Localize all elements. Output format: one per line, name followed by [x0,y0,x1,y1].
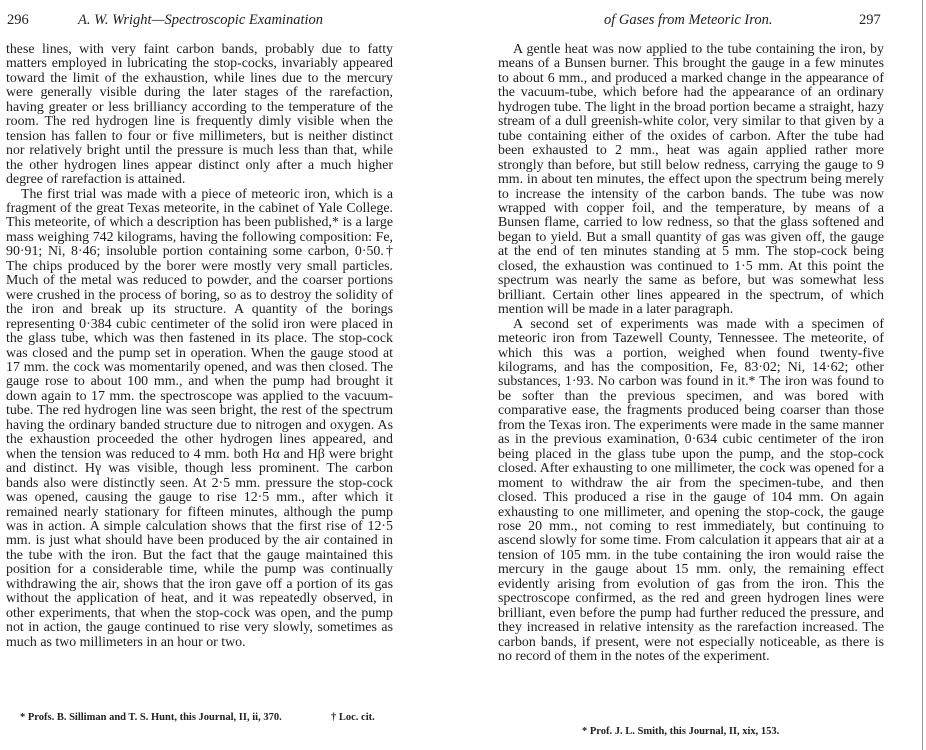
running-head: of Gases from Meteoric Iron. [604,12,772,29]
footnote: * Prof. J. L. Smith, this Journal, II, x… [582,726,779,737]
paragraph: A gentle heat was now applied to the tub… [498,43,884,318]
paragraph: these lines, with very faint carbon band… [6,43,393,188]
paragraph: A second set of experiments was made wit… [498,318,884,665]
running-head: A. W. Wright—Spectroscopic Examination [78,12,323,29]
footnote: † Loc. cit. [331,712,375,723]
paragraph: The first trial was made with a piece of… [6,188,393,651]
body-text: A gentle heat was now applied to the tub… [498,43,884,664]
right-page: of Gases from Meteoric Iron. 297 A gentl… [463,0,923,750]
footnote: * Profs. B. Silliman and T. S. Hunt, thi… [20,712,282,723]
page-number: 297 [859,12,881,29]
page-number: 296 [7,12,29,29]
body-text: these lines, with very faint carbon band… [6,43,393,650]
left-page: 296 A. W. Wright—Spectroscopic Examinati… [0,0,463,750]
book-spread: 296 A. W. Wright—Spectroscopic Examinati… [0,0,926,750]
